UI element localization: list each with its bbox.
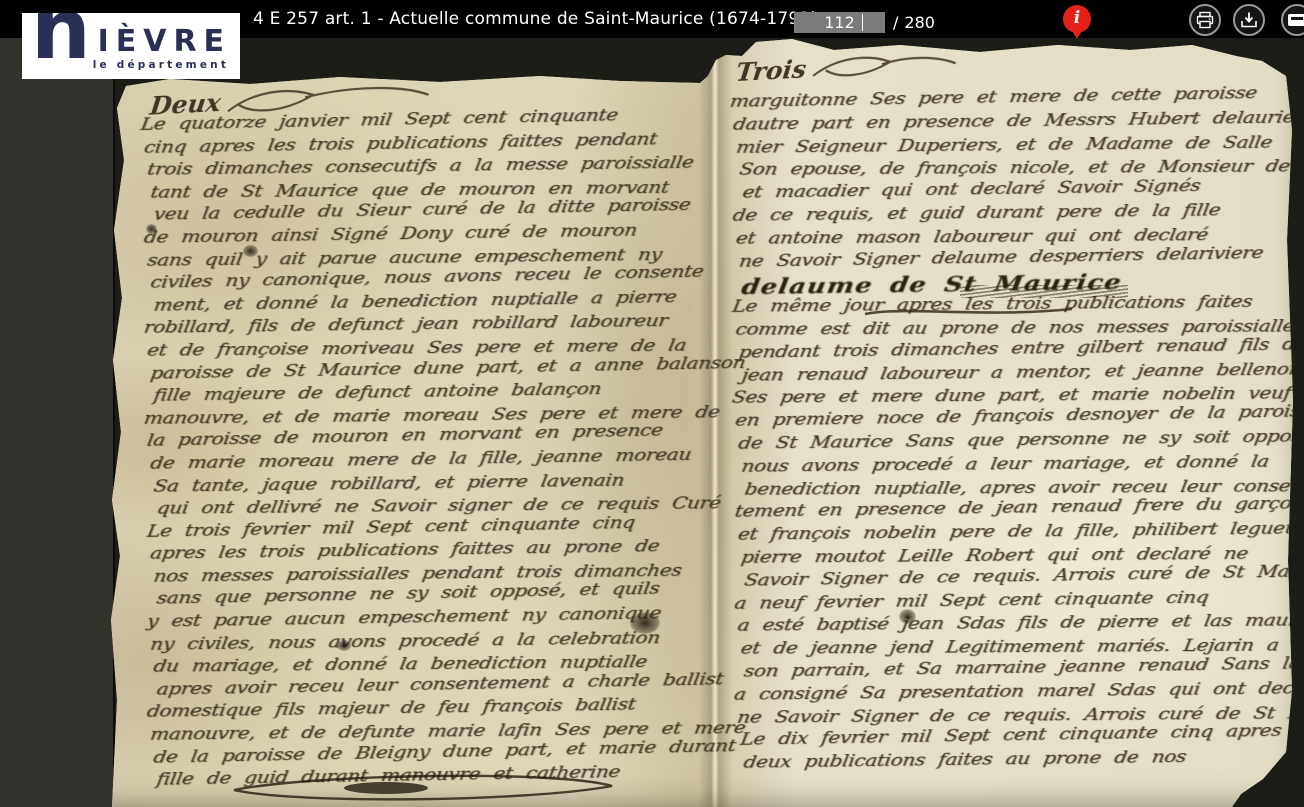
band-divider [113, 38, 115, 807]
left-background-band [0, 38, 113, 807]
logo-n: n [31, 13, 91, 59]
nievre-logo[interactable]: n IÈVRE le département [22, 13, 240, 79]
document-title: 4 E 257 art. 1 - Actuelle commune de Sai… [253, 9, 817, 29]
manuscript-left-page: Le quatorze janvier mil Sept cent cinqua… [146, 109, 709, 793]
pager-separator: / [893, 13, 898, 32]
page-navigator: / 280 [794, 12, 935, 33]
info-icon[interactable]: i [1063, 5, 1091, 33]
logo-wordmark: IÈVRE [98, 27, 231, 57]
screen-icon [1287, 11, 1304, 29]
print-icon [1196, 11, 1214, 29]
handwriting-line: a esté baptisé jean Sdas fils de pierre … [736, 610, 1304, 639]
page-number-input[interactable] [794, 12, 885, 33]
scanned-document[interactable]: Deux Trois Le quatorze janvier mil Sept … [0, 0, 1304, 807]
print-button[interactable] [1189, 4, 1221, 36]
download-icon [1240, 11, 1258, 29]
logo-tagline: le département [93, 59, 229, 71]
page-total: 280 [904, 13, 935, 32]
text-caret [862, 14, 863, 31]
right-page-folio-label: Trois [734, 46, 962, 87]
fullscreen-button[interactable] [1281, 4, 1304, 36]
manuscript-right-page: marguitonne Ses pere et mere de cette pa… [736, 88, 1289, 776]
archive-viewer: Deux Trois Le quatorze janvier mil Sept … [0, 0, 1304, 807]
download-button[interactable] [1233, 4, 1265, 36]
page-number-input-wrap [794, 12, 885, 33]
